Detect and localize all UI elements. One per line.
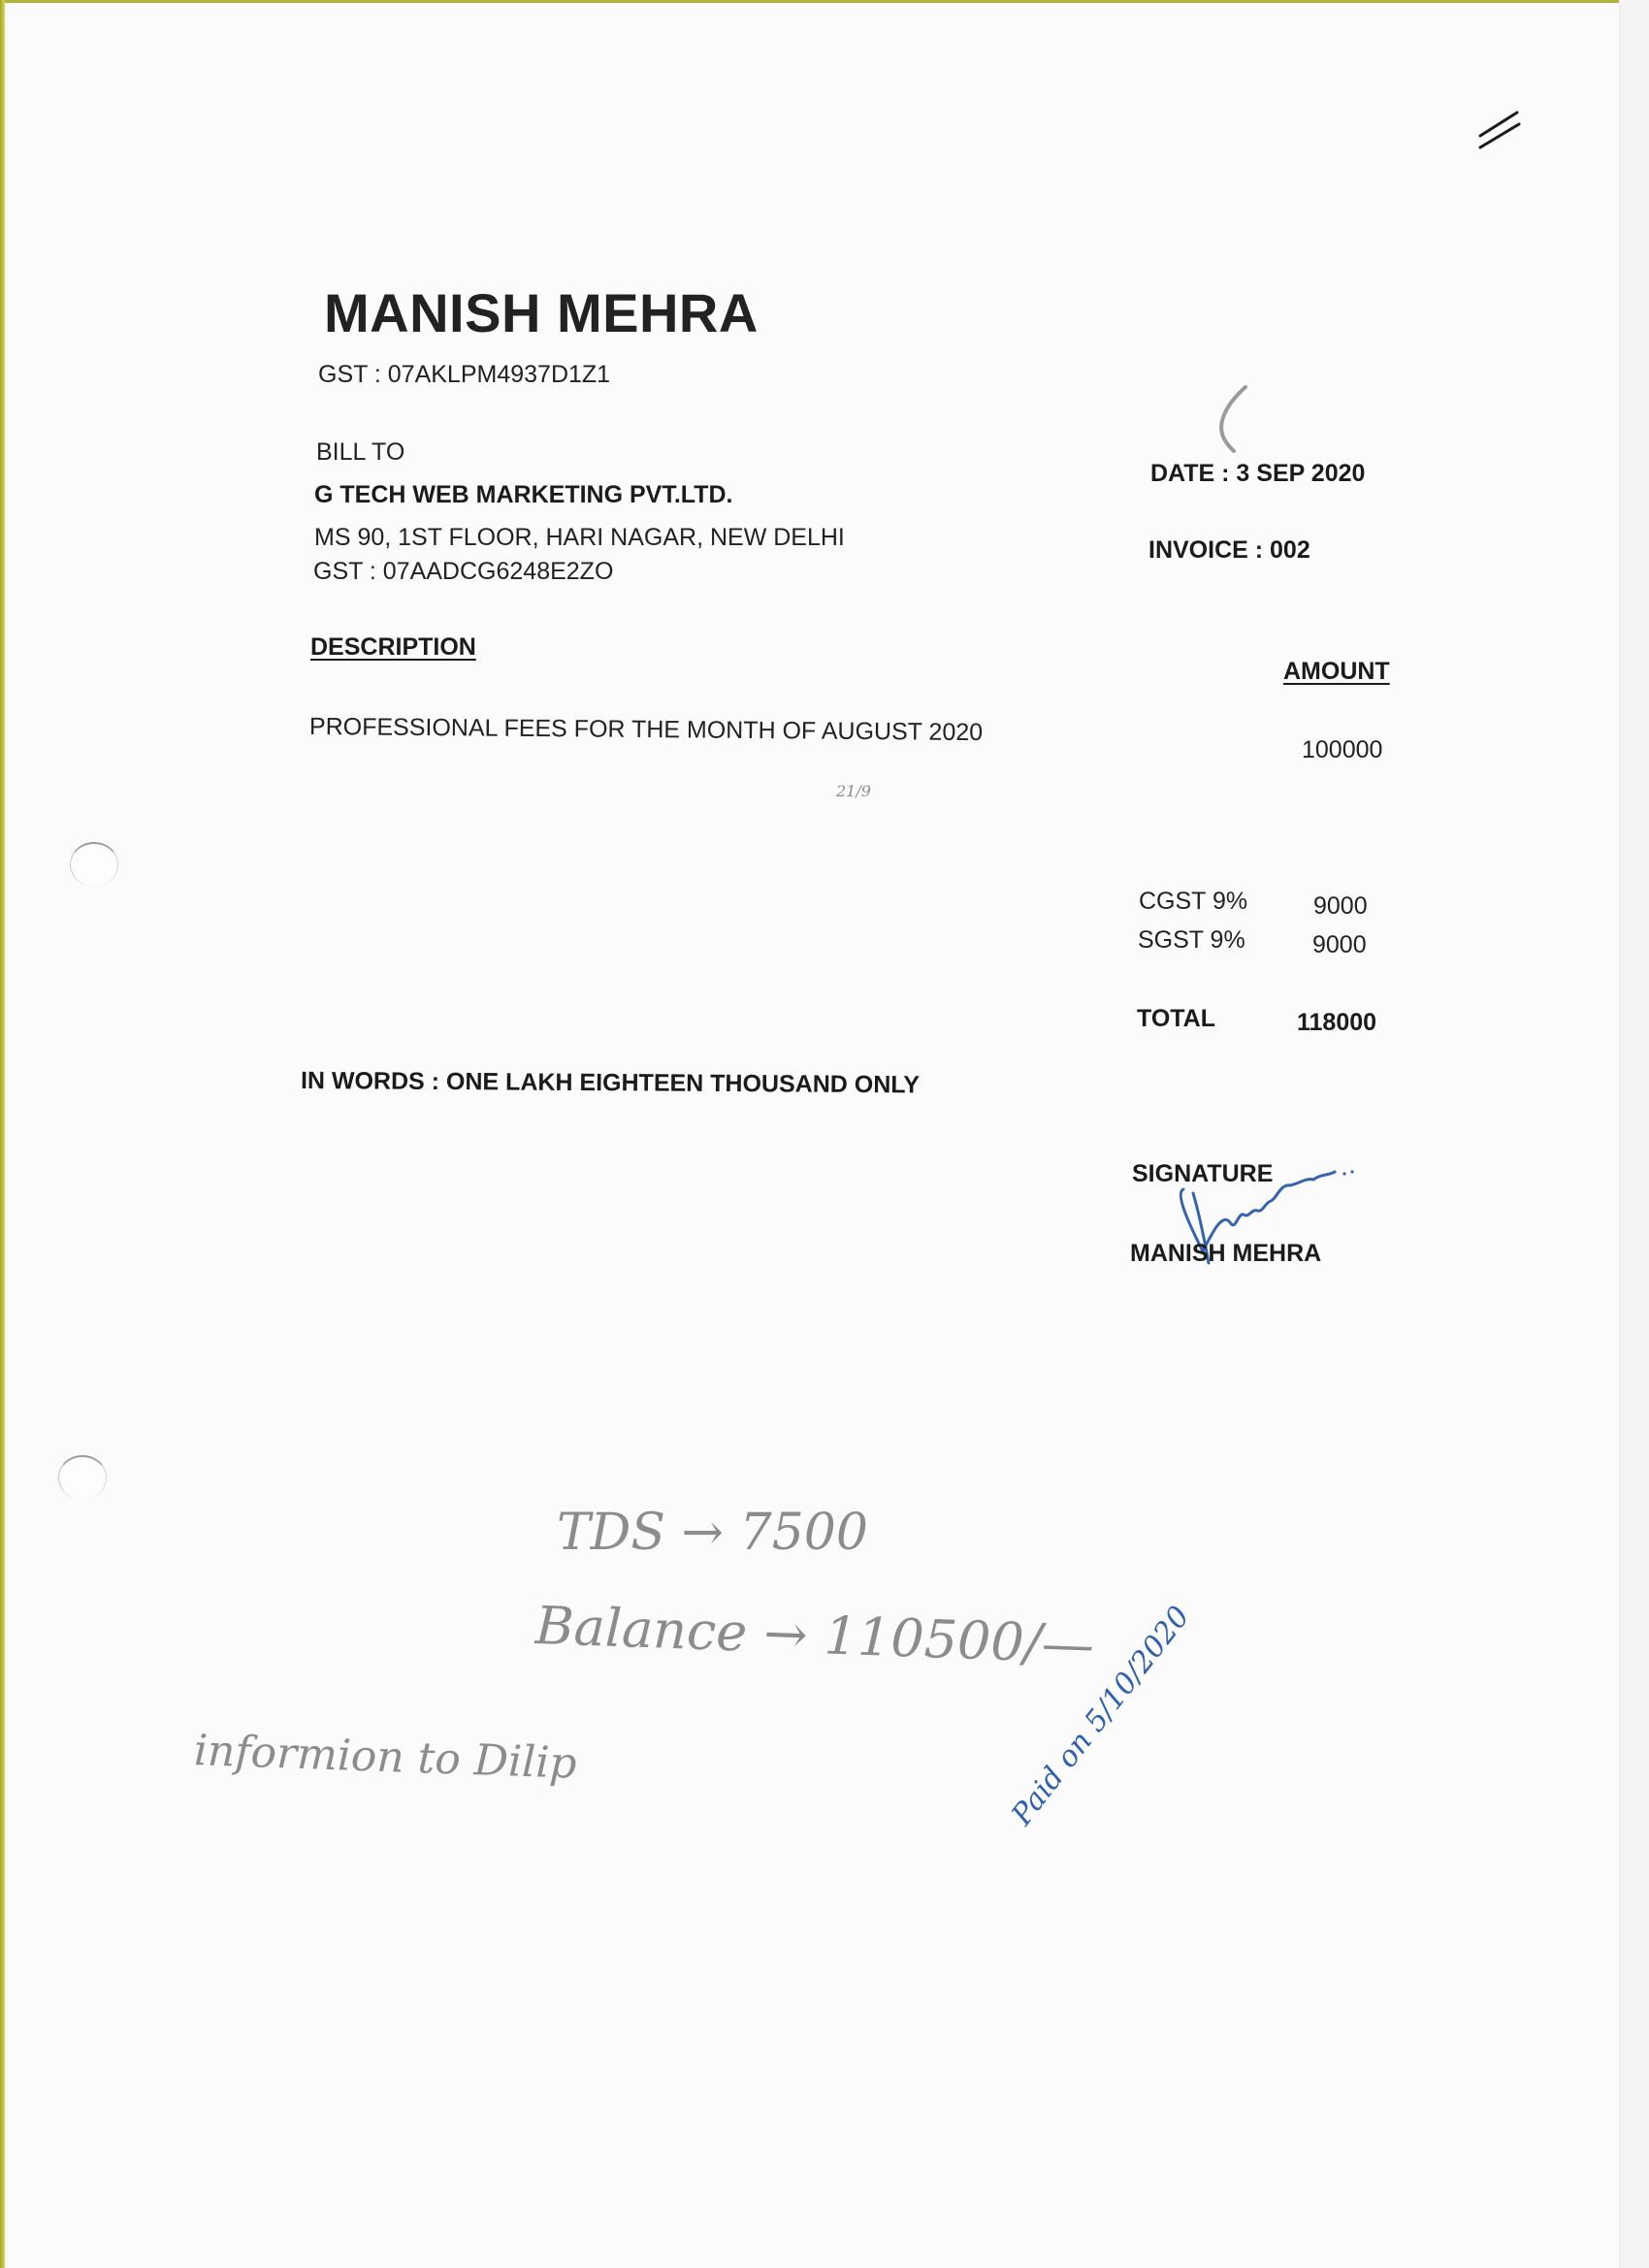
bill-to-label: BILL TO	[316, 438, 404, 467]
line-item-amount: 100000	[1302, 736, 1382, 764]
scan-edge-top	[0, 0, 1649, 3]
amount-header: AMOUNT	[1283, 658, 1390, 686]
line-item-description: PROFESSIONAL FEES FOR THE MONTH OF AUGUS…	[309, 713, 983, 747]
total-label: TOTAL	[1137, 1005, 1215, 1033]
punch-hole-bottom	[58, 1455, 107, 1500]
description-header: DESCRIPTION	[310, 633, 476, 662]
invoice-date: DATE : 3 SEP 2020	[1150, 460, 1365, 488]
issuer-name: MANISH MEHRA	[324, 281, 759, 344]
scan-edge-right	[1619, 0, 1649, 2268]
client-address: MS 90, 1ST FLOOR, HARI NAGAR, NEW DELHI	[314, 524, 845, 552]
tick-mark-icon	[1474, 97, 1533, 155]
client-gst: GST : 07AADCG6248E2ZO	[313, 558, 613, 586]
total-amount: 118000	[1297, 1009, 1376, 1037]
tax-amount: 9000	[1313, 892, 1368, 921]
initials-note: 21/9	[836, 782, 871, 800]
amount-in-words: IN WORDS : ONE LAKH EIGHTEEN THOUSAND ON…	[301, 1067, 920, 1099]
scan-edge-left	[0, 0, 5, 2268]
balance-note: Balance → 110500/—	[534, 1595, 1095, 1675]
tax-label: CGST 9%	[1139, 888, 1247, 916]
inform-note: informion to Dilip	[193, 1726, 577, 1789]
tds-note: TDS → 7500	[557, 1504, 868, 1562]
invoice-number: INVOICE : 002	[1148, 536, 1310, 565]
tax-label: SGST 9%	[1138, 926, 1245, 955]
punch-hole-top	[70, 842, 118, 887]
pencil-arc-mark	[1212, 383, 1251, 456]
tax-amount: 9000	[1312, 931, 1367, 959]
issuer-gst: GST : 07AKLPM4937D1Z1	[318, 361, 610, 389]
client-name: G TECH WEB MARKETING PVT.LTD.	[314, 481, 732, 509]
signatory-name: MANISH MEHRA	[1130, 1240, 1321, 1268]
